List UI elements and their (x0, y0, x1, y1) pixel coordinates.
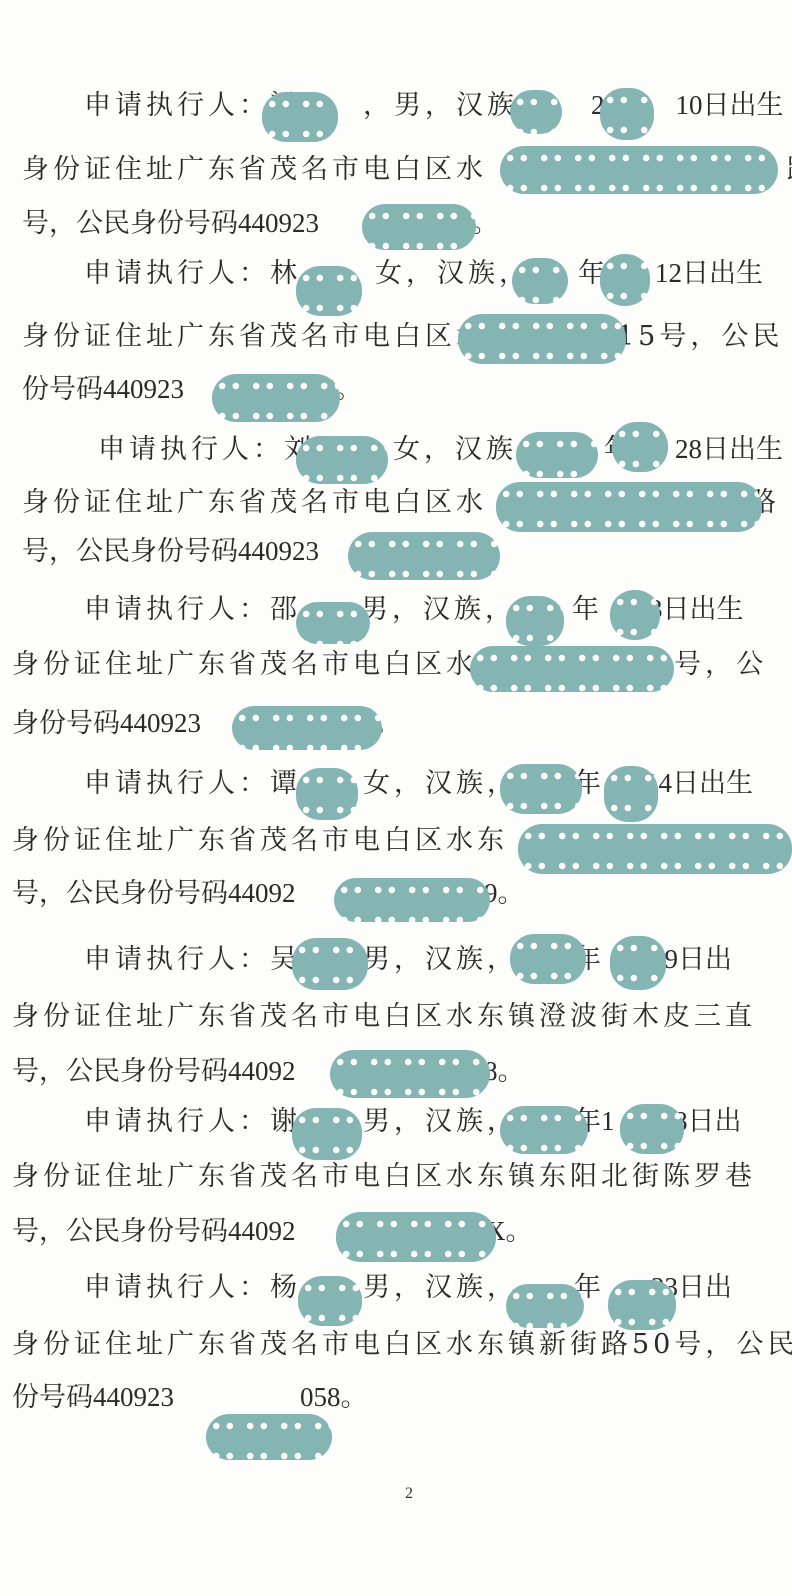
redaction-mark (470, 646, 674, 692)
gender-ethnicity: 女，汉族， (363, 768, 518, 799)
applicant-name-prefix: 申请执行人：吴 (84, 944, 301, 975)
redaction-mark (608, 1280, 676, 1330)
redaction-mark (620, 1104, 684, 1154)
address-line: 身份证住址广东省茂名市电白区水东镇澄波街木皮三直 (12, 1000, 756, 1034)
address-text: 身份证住址广东省茂名市电白区水东镇新街路50号，公民 (12, 1329, 792, 1360)
gender-ethnicity: 女，汉族， (375, 258, 530, 289)
redaction-mark (296, 266, 362, 316)
redaction-mark (500, 1106, 588, 1154)
id-number-prefix: 号，公民身份号码44092 (12, 878, 296, 908)
redaction-mark (336, 1212, 496, 1262)
gender-ethnicity: 男，汉族， (363, 1106, 518, 1137)
id-line: 份号码440923058。 (12, 1380, 368, 1415)
id-number-prefix: 号，公民身份号码440923 (22, 536, 319, 566)
address-text: 身份证住址广东省茂名市电白区水 (22, 321, 487, 352)
address-line: 身份证住址广东省茂名市电白区水东镇新街路50号，公民 (12, 1328, 792, 1362)
applicant-name-prefix: 申请执行人：邵 (84, 594, 301, 625)
redaction-mark (610, 936, 666, 990)
address-tail: 路 (787, 154, 792, 185)
birth-date: 10日出生 (676, 90, 784, 120)
address-text: 身份证住址广东省茂名市电白区水 (12, 649, 477, 680)
address-text: 身份证住址广东省茂名市电白区水东镇东阳北街陈罗巷 (12, 1161, 756, 1192)
redaction-mark (518, 824, 792, 874)
page-number: 2 (405, 1485, 413, 1503)
birth-date: 28日出生 (675, 434, 783, 464)
address-text: 身份证住址广东省茂名市电白区水东 (12, 825, 508, 856)
applicant-line: 申请执行人：刘女，汉族，年28日出生 (98, 432, 783, 467)
redaction-mark (600, 88, 654, 140)
address-text: 身份证住址广东省茂名市电白区水东镇澄波街木皮三直 (12, 1001, 756, 1032)
birth-year: 年 (572, 594, 599, 624)
gender-ethnicity: 男，汉族， (361, 594, 516, 625)
redaction-mark (296, 602, 370, 644)
redaction-mark (334, 878, 490, 922)
redaction-mark (298, 1276, 362, 1326)
applicant-name-prefix: 申请执行人：谭 (84, 768, 301, 799)
address-line: 身份证住址广东省茂名市电白区水东镇东阳北街陈罗巷 (12, 1160, 756, 1194)
redaction-mark (362, 204, 476, 250)
address-line: 身份证住址广东省茂名市电白区水东 (12, 824, 508, 858)
id-number-prefix: 号，公民身份号码44092 (12, 1216, 296, 1246)
address-text: 身份证住址广东省茂名市电白区水 (22, 487, 487, 518)
id-number-prefix: 号，公民身份号码44092 (12, 1056, 296, 1086)
redaction-mark (604, 766, 658, 822)
address-line: 身份证住址广东省茂名市电白区水15号，公民 (22, 320, 783, 354)
address-text: 身份证住址广东省茂名市电白区水 (22, 154, 487, 185)
applicant-name-prefix: 申请执行人：谢 (84, 1106, 301, 1137)
redaction-mark (516, 432, 598, 478)
redaction-mark (600, 254, 650, 306)
id-number-prefix: 号，公民身份号码440923 (22, 208, 319, 238)
redaction-mark (206, 1414, 332, 1460)
redaction-mark (296, 436, 388, 484)
redaction-mark (330, 1050, 490, 1098)
birth-date: 3日出生 (649, 594, 744, 624)
redaction-mark (348, 532, 500, 580)
redaction-mark (296, 768, 358, 820)
applicant-line: 申请执行人：梁，男，汉族，2年10日出生 (84, 88, 784, 123)
applicant-name-prefix: 申请执行人：杨 (84, 1272, 301, 1303)
redaction-mark (500, 146, 778, 194)
redaction-mark (262, 92, 338, 142)
id-number-prefix: 份号码440923 (12, 1382, 174, 1412)
gender-ethnicity: 男，汉族， (363, 1272, 518, 1303)
id-number-suffix: 058。 (300, 1382, 368, 1412)
applicant-name-prefix: 申请执行人：刘 (98, 434, 315, 465)
redaction-mark (458, 314, 626, 364)
redaction-mark (512, 258, 568, 304)
redaction-mark (506, 1284, 584, 1328)
redaction-mark (496, 482, 762, 532)
redaction-mark (510, 90, 562, 134)
redaction-mark (506, 596, 564, 646)
redaction-mark (292, 1108, 362, 1160)
birth-date: 12日出生 (655, 258, 763, 288)
applicant-line: 申请执行人：林女，汉族，年12日出生 (84, 256, 763, 291)
id-number-prefix: 身份号码440923 (12, 708, 201, 738)
id-number-prefix: 份号码440923 (22, 374, 184, 404)
redaction-mark (510, 934, 586, 984)
address-tail: 15号，公民 (617, 321, 783, 352)
birth-date: 14日出生 (645, 768, 753, 798)
redaction-mark (232, 706, 382, 750)
redaction-mark (212, 374, 340, 422)
redaction-mark (292, 938, 368, 990)
redaction-mark (610, 590, 660, 640)
redaction-mark (500, 764, 582, 814)
redaction-mark (612, 422, 668, 472)
applicant-name-prefix: 申请执行人：林 (84, 258, 301, 289)
gender-ethnicity: 男，汉族， (363, 944, 518, 975)
